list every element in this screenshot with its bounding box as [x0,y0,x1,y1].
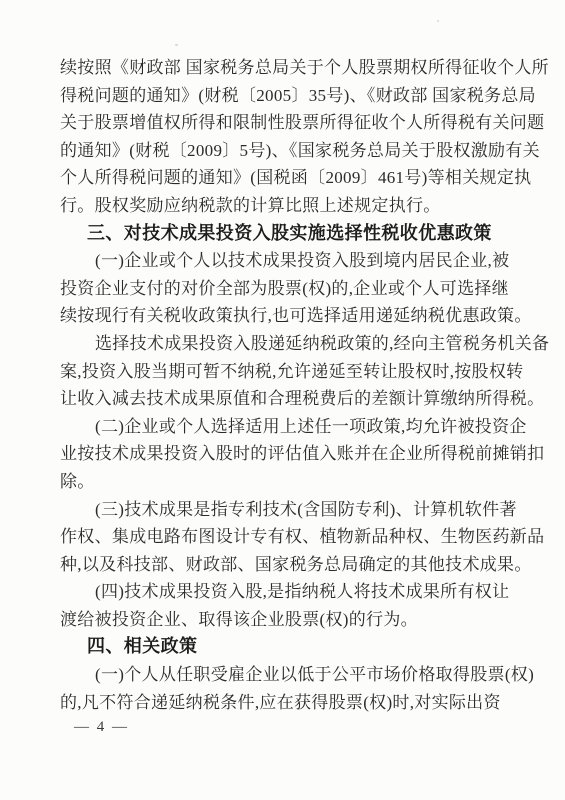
paragraph: (一)企业或个人以技术成果投资入股到境内居民企业,被投资企业支付的对价全部为股票… [60,247,552,330]
section-heading: 三、对技术成果投资入股实施选择性税收优惠政策 [60,220,552,248]
text-line: 续按现行有关税收政策执行,也可选择适用递延纳税优惠政策。 [60,302,552,330]
text-line: 得税问题的通知》(财税〔2005〕35号)、《财政部 国家税务总局 [60,82,552,110]
paragraph: (三)技术成果是指专利技术(含国防专利)、计算机软件著作权、集成电路布图设计专有… [60,496,552,579]
text-line: (三)技术成果是指专利技术(含国防专利)、计算机软件著 [60,496,552,524]
text-line: (二)企业或个人选择适用上述任一项政策,均允许被投资企 [60,413,552,441]
scan-artifact [437,20,439,22]
text-line: 续按照《财政部 国家税务总局关于个人股票期权所得征收个人所 [60,54,552,82]
text-line: 案,投资入股当期可暂不纳税,允许递延至转让股权时,按股权转 [60,358,552,386]
text-line: 种,以及科技部、财政部、国家税务总局确定的其他技术成果。 [60,551,552,579]
text-line: 除。 [60,468,552,496]
text-line: 的通知》(财税〔2009〕5号)、《国家税务总局关于股权激励有关 [60,137,552,165]
paragraph: (一)个人从任职受雇企业以低于公平市场价格取得股票(权)的,凡不符合递延纳税条件… [60,661,552,716]
text-line: (一)企业或个人以技术成果投资入股到境内居民企业,被 [60,247,552,275]
text-line: (一)个人从任职受雇企业以低于公平市场价格取得股票(权) [60,661,552,689]
text-line: 渡给被投资企业、取得该企业股票(权)的行为。 [60,606,552,634]
paragraph: 续按照《财政部 国家税务总局关于个人股票期权所得征收个人所得税问题的通知》(财税… [60,54,552,220]
text-line: 让收入减去技术成果原值和合理税费后的差额计算缴纳所得税。 [60,385,552,413]
heading-text: 四、相关政策 [60,633,552,661]
text-line: 的,凡不符合递延纳税条件,应在获得股票(权)时,对实际出资 [60,689,552,717]
heading-text: 三、对技术成果投资入股实施选择性税收优惠政策 [60,220,552,248]
paragraph: (四)技术成果投资入股,是指纳税人将技术成果所有权让渡给被投资企业、取得该企业股… [60,578,552,633]
document-body: 续按照《财政部 国家税务总局关于个人股票期权所得征收个人所得税问题的通知》(财税… [60,54,552,716]
page-number: — 4 — [74,719,129,736]
text-line: 作权、集成电路布图设计专有权、植物新品种权、生物医药新品 [60,523,552,551]
scanned-document-page: 续按照《财政部 国家税务总局关于个人股票期权所得征收个人所得税问题的通知》(财税… [0,0,565,800]
scan-artifact [175,44,178,46]
text-line: (四)技术成果投资入股,是指纳税人将技术成果所有权让 [60,578,552,606]
text-line: 行。股权奖励应纳税款的计算比照上述规定执行。 [60,192,552,220]
paragraph: 选择技术成果投资入股递延纳税政策的,经向主管税务机关备案,投资入股当期可暂不纳税… [60,330,552,413]
text-line: 关于股票增值权所得和限制性股票所得征收个人所得税有关问题 [60,109,552,137]
text-line: 选择技术成果投资入股递延纳税政策的,经向主管税务机关备 [60,330,552,358]
section-heading: 四、相关政策 [60,633,552,661]
paragraph: (二)企业或个人选择适用上述任一项政策,均允许被投资企业按技术成果投资入股时的评… [60,413,552,496]
text-line: 业按技术成果投资入股时的评估值入账并在企业所得税前摊销扣 [60,440,552,468]
text-line: 个人所得税问题的通知》(国税函〔2009〕461号)等相关规定执 [60,164,552,192]
text-line: 投资企业支付的对价全部为股票(权)的,企业或个人可选择继 [60,275,552,303]
